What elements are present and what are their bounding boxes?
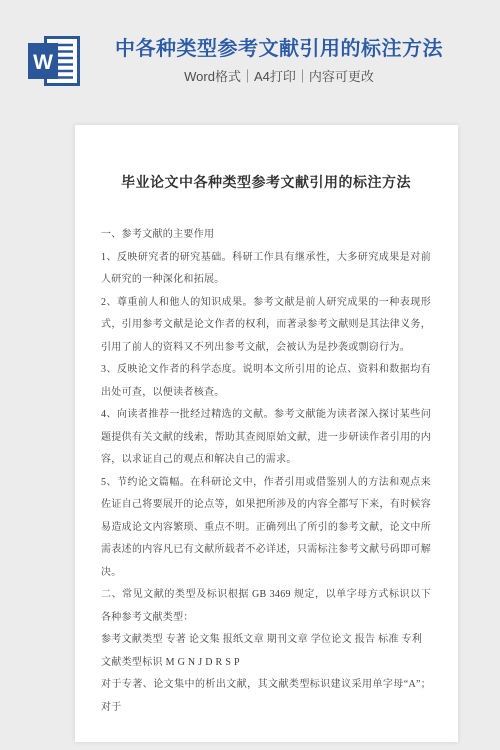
- template-attributes: Word格式｜A4打印｜内容可更改: [80, 68, 478, 86]
- word-icon: W: [28, 36, 80, 86]
- document-paragraph: 1、反映研究者的研究基础。科研工作具有继承性，大多研究成果是对前人研究的一种深化…: [101, 247, 431, 292]
- document-paragraph: 二、常见文献的类型及标识根据 GB 3469 规定，以单字母方式标识以下各种参考…: [101, 584, 431, 629]
- document-body: 一、参考文献的主要作用1、反映研究者的研究基础。科研工作具有继承性，大多研究成果…: [101, 224, 431, 719]
- document-paragraph: 一、参考文献的主要作用: [101, 224, 431, 247]
- document-paragraph: 4、向读者推荐一批经过精选的文献。参考文献能为读者深入探讨某些问题提供有关文献的…: [101, 404, 431, 472]
- document-title: 毕业论文中各种类型参考文献引用的标注方法: [101, 172, 431, 192]
- document-paragraph: 5、节约论文篇幅。在科研论文中，作者引用或借鉴别人的方法和观点来佐证自己将要展开…: [101, 472, 431, 585]
- document-paragraph: 2、尊重前人和他人的知识成果。参考文献是前人研究成果的一种表现形式，引用参考文献…: [101, 292, 431, 360]
- preview-header: W 中各种类型参考文献引用的标注方法 Word格式｜A4打印｜内容可更改: [0, 0, 500, 86]
- template-preview: W 中各种类型参考文献引用的标注方法 Word格式｜A4打印｜内容可更改 毕业论…: [0, 0, 500, 750]
- document-paragraph: 参考文献类型 专著 论文集 报纸文章 期刊文章 学位论文 报告 标准 专利: [101, 629, 431, 652]
- template-title: 中各种类型参考文献引用的标注方法: [80, 36, 478, 62]
- document-paragraph: 对于专著、论文集中的析出文献，其文献类型标识建议采用单字母“A”；对于: [101, 674, 431, 719]
- svg-text:W: W: [33, 51, 53, 74]
- document-page: 毕业论文中各种类型参考文献引用的标注方法 一、参考文献的主要作用1、反映研究者的…: [75, 125, 458, 742]
- header-text-block: 中各种类型参考文献引用的标注方法 Word格式｜A4打印｜内容可更改: [80, 36, 478, 86]
- document-paragraph: 文献类型标识 M G N J D R S P: [101, 652, 431, 675]
- document-paragraph: 3、反映论文作者的科学态度。说明本文所引用的论点、资料和数据均有出处可查，以便读…: [101, 359, 431, 404]
